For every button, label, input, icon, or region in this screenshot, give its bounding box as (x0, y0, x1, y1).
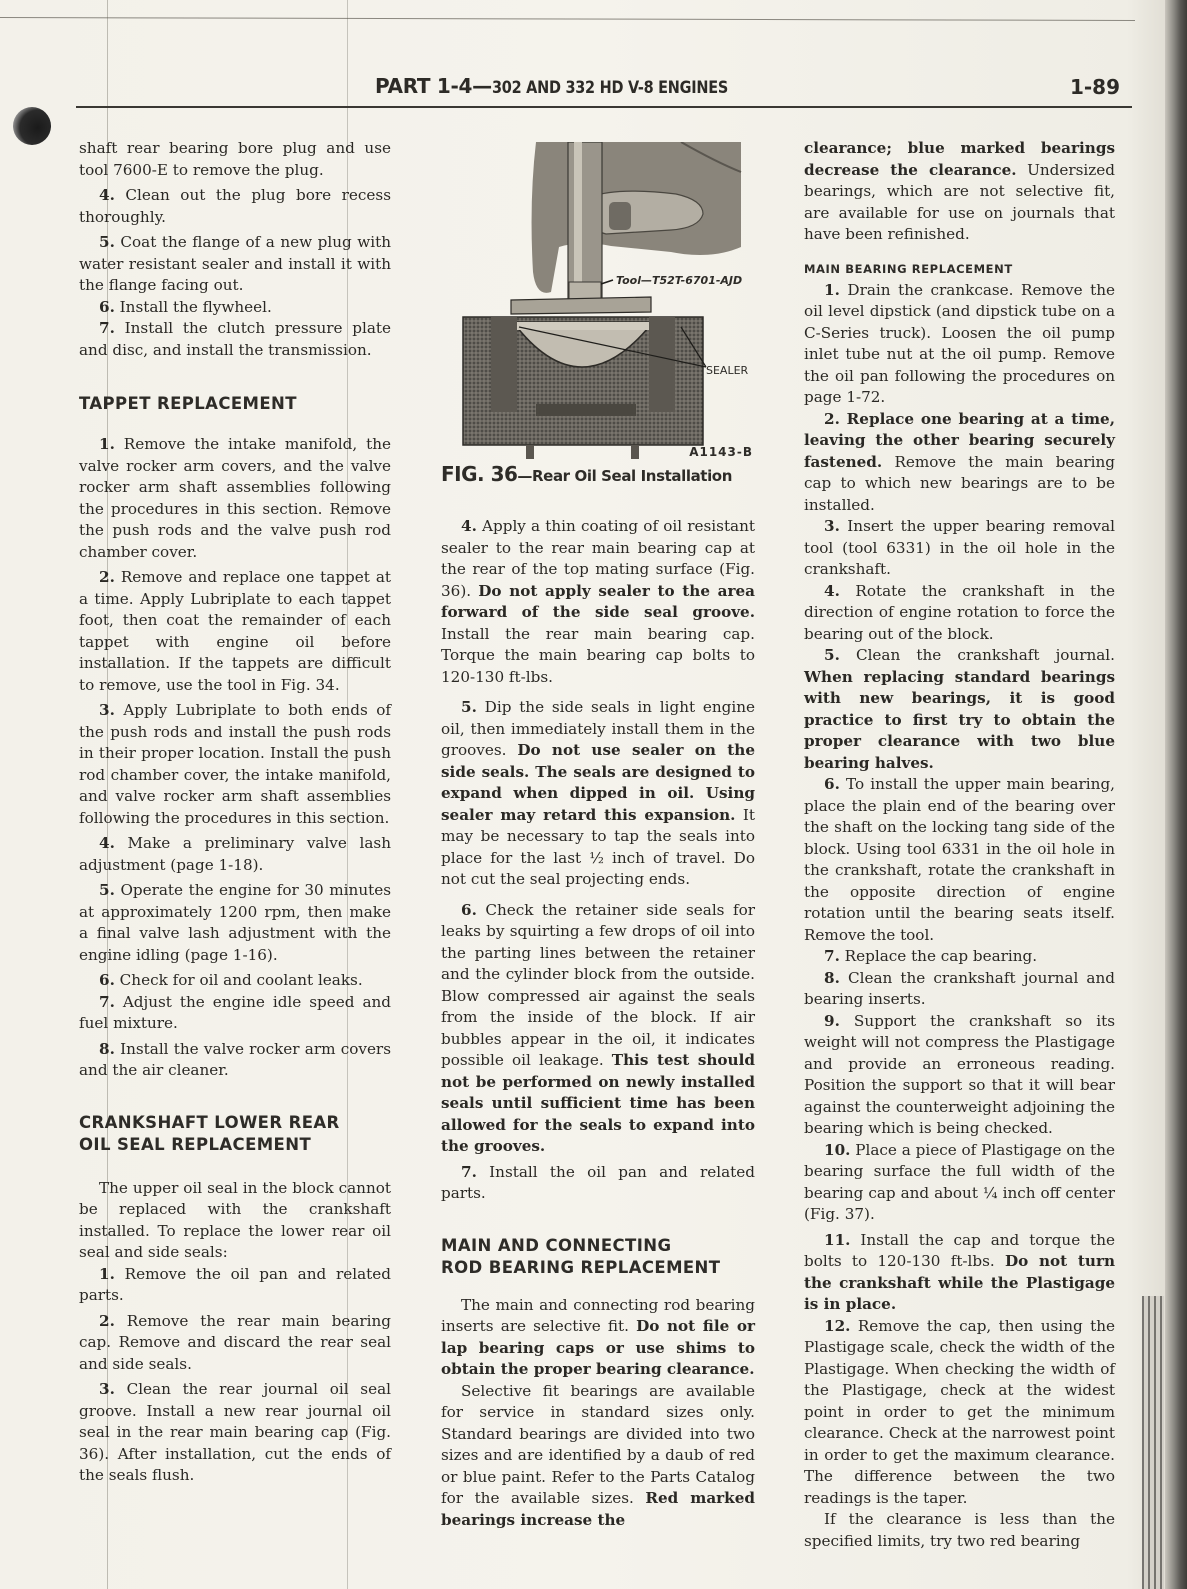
left-column: shaft rear bearing bore plug and use too… (79, 138, 391, 1487)
header-title: PART 1-4—302 AND 332 HD V-8 ENGINES (375, 74, 769, 98)
tappet-step-7: 7. Adjust the engine idle speed and fuel… (79, 992, 391, 1035)
main-bearing-step-4: 4. Rotate the crankshaft in the directio… (804, 581, 1115, 646)
stacked-page-edges (1142, 1296, 1164, 1589)
main-bearing-step-12: 12. Remove the cap, then using the Plast… (804, 1316, 1115, 1510)
main-bearing-step-5: 5. Clean the crankshaft journal. When re… (804, 645, 1115, 774)
seal-step-5: 5. Dip the side seals in light en­gine o… (441, 697, 755, 891)
seal-step-3: 3. Clean the rear journal oil seal groov… (79, 1379, 391, 1487)
rear-oil-seal-installation-illustration (441, 142, 755, 460)
main-bearing-step-6: 6. To install the upper main bear­ing, p… (804, 774, 1115, 946)
part-label: PART 1-4 (375, 74, 472, 98)
binder-hole (13, 107, 51, 145)
bearing-clearance-note: clearance; blue marked bearings de­creas… (804, 138, 1115, 246)
figure-code: A1143-B (689, 442, 753, 464)
main-bearing-step-10: 10. Place a piece of Plastigage on the b… (804, 1140, 1115, 1226)
tappet-step-2: 2. Remove and replace one tappet at a ti… (79, 567, 391, 696)
main-bearing-step-8: 8. Clean the crankshaft journal and bear… (804, 968, 1115, 1011)
sealer-callout: SEALER (706, 360, 748, 382)
seal-step-1: 1. Remove the oil pan and related parts. (79, 1264, 391, 1307)
header-rule (76, 106, 1132, 108)
tappet-step-5: 5. Operate the engine for 30 min­utes at… (79, 880, 391, 966)
main-bearing-step-7: 7. Replace the cap bearing. (804, 946, 1115, 968)
section-title: 302 AND 332 HD V-8 ENGINES (492, 78, 728, 98)
step-6: 6. Install the flywheel. (79, 297, 391, 319)
tappet-step-1: 1. Remove the intake manifold, the valve… (79, 434, 391, 563)
bearing-selective-fit: Selective fit bearings are available for… (441, 1381, 755, 1532)
main-bearing-step-2: 2. Replace one bearing at a time, leavin… (804, 409, 1115, 517)
page-edge-shadow (1165, 0, 1187, 1589)
main-bearing-step-9: 9. Support the crankshaft so its weight … (804, 1011, 1115, 1140)
tappet-step-3: 3. Apply Lubriplate to both ends of the … (79, 700, 391, 829)
seal-step-2: 2. Remove the rear main bearing cap. Rem… (79, 1311, 391, 1376)
seal-step-7: 7. Install the oil pan and related parts… (441, 1162, 755, 1205)
step-4: 4. Clean out the plug bore recess thorou… (79, 185, 391, 228)
tappet-step-8: 8. Install the valve rocker arm covers a… (79, 1039, 391, 1082)
tappet-step-6: 6. Check for oil and coolant leaks. (79, 970, 391, 992)
section-heading-crankshaft-seal: CRANKSHAFT LOWER REAR OIL SEAL REPLACEME… (79, 1112, 391, 1156)
tappet-step-4: 4. Make a preliminary valve lash adjustm… (79, 833, 391, 876)
section-heading-tappet: TAPPET REPLACEMENT (79, 393, 391, 415)
tool-callout: Tool—T52T-6701-AJD (616, 270, 742, 292)
page-number: 1-89 (1070, 75, 1120, 99)
running-header: PART 1-4—302 AND 332 HD V-8 ENGINES 1-89 (80, 72, 1130, 106)
top-edge-rule (0, 17, 1135, 21)
middle-column: Tool—T52T-6701-AJD SEALER A1143-B FIG. 3… (441, 142, 755, 1531)
main-bearing-step-1: 1. Drain the crankcase. Remove the oil l… (804, 280, 1115, 409)
right-column: clearance; blue marked bearings de­creas… (804, 138, 1115, 1552)
paragraph: shaft rear bearing bore plug and use too… (79, 138, 391, 181)
main-bearing-step-11: 11. Install the cap and torque the bolts… (804, 1230, 1115, 1316)
seal-step-6: 6. Check the retainer side seals for lea… (441, 900, 755, 1158)
bearing-intro: The main and connecting rod bear­ing ins… (441, 1295, 755, 1381)
subheading-main-bearing-replacement: MAIN BEARING REPLACEMENT (804, 260, 1115, 278)
manual-page: PART 1-4—302 AND 332 HD V-8 ENGINES 1-89… (0, 0, 1187, 1589)
clearance-note: If the clearance is less than the specif… (804, 1509, 1115, 1552)
figure-caption: FIG. 36—Rear Oil Seal Installation (441, 464, 755, 488)
main-bearing-step-3: 3. Insert the upper bearing re­moval too… (804, 516, 1115, 581)
section-heading-bearing-replacement: MAIN AND CONNECTING ROD BEARING REPLACEM… (441, 1235, 755, 1279)
step-5: 5. Coat the flange of a new plug with wa… (79, 232, 391, 297)
step-7: 7. Install the clutch pressure plate and… (79, 318, 391, 361)
crankshaft-seal-intro: The upper oil seal in the block cannot b… (79, 1178, 391, 1264)
seal-step-4: 4. Apply a thin coating of oil re­sistan… (441, 516, 755, 688)
figure-36: Tool—T52T-6701-AJD SEALER A1143-B FIG. 3… (441, 142, 755, 494)
